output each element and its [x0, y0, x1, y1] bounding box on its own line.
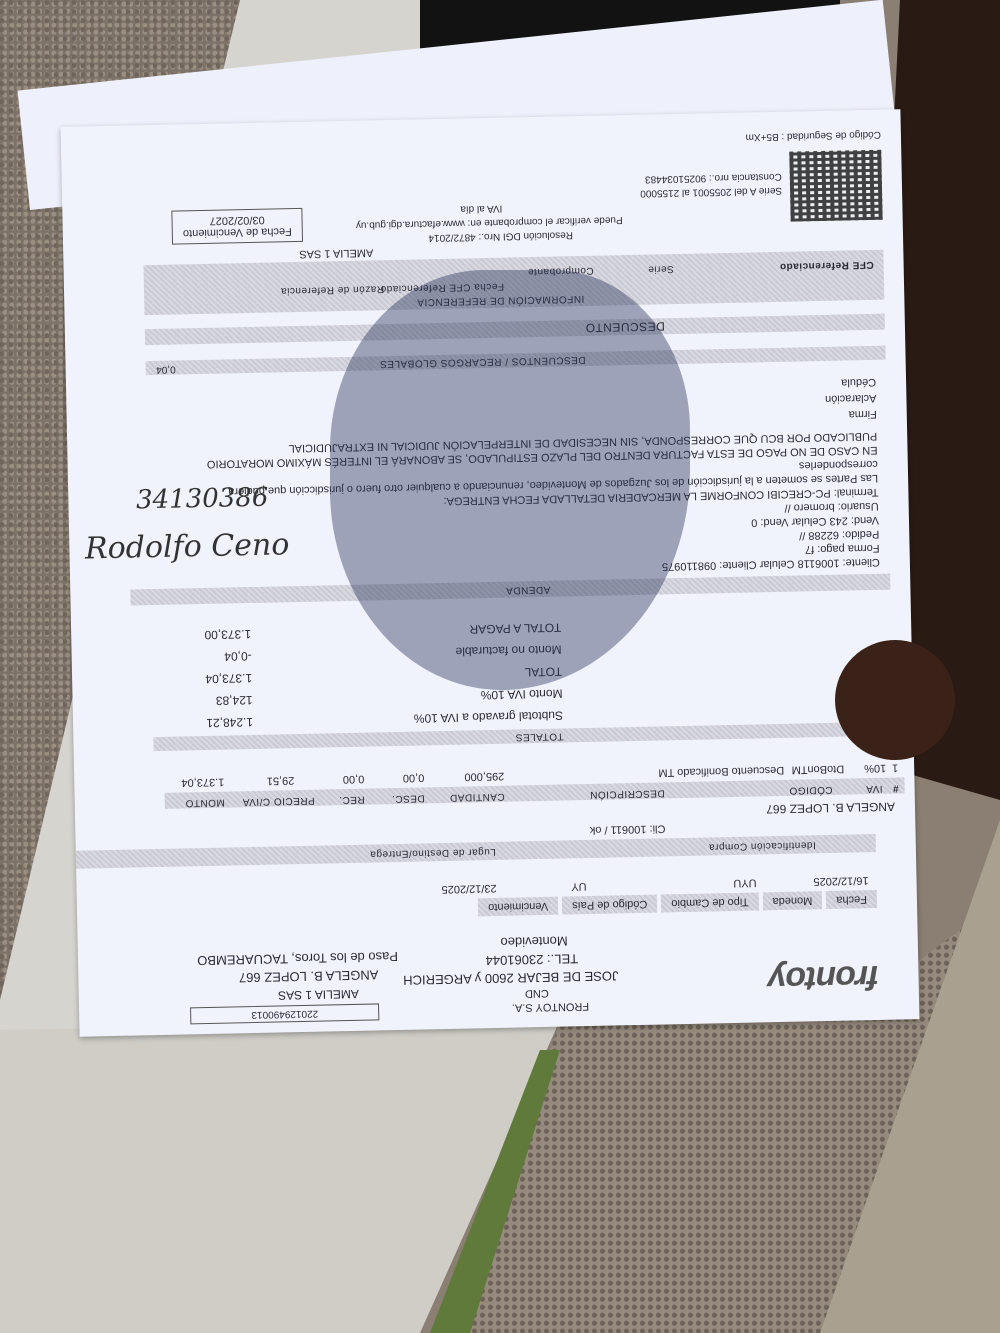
cell-codigo: DtoBonTM	[791, 763, 844, 776]
cell-iva: 10%	[864, 762, 886, 774]
issuer-name: FRONTOY S.A.	[512, 1000, 589, 1014]
ref-col-razon: Razón de Referencia	[280, 283, 384, 296]
invoice-paper: frontoy FRONTOY S.A. CND JOSE DE BEJAR 2…	[61, 109, 920, 1036]
col-precio: PRECIO C/IVA	[242, 795, 315, 808]
header-pais-value: UY	[571, 880, 587, 892]
cell-precio: 29,51	[267, 774, 295, 787]
col-iva: IVA	[866, 783, 883, 794]
receiver-rut: 220129490013	[190, 1003, 379, 1024]
receiver-city: Paso de los Toros, TACUAREMBO	[197, 949, 398, 968]
verify-text: Puede verificar el comprobante en: www.e…	[356, 214, 623, 231]
adenda-line: Forma pago: f7	[805, 542, 880, 556]
cell-descripcion: Descuento Bonificado TM	[658, 764, 784, 779]
adenda-bar: ADENDA	[130, 574, 890, 606]
col-desc: DESC.	[392, 792, 425, 804]
receiver-name: AMELIA 1 SAS	[278, 987, 359, 1003]
thumb	[835, 640, 955, 760]
ref-col-fecha: Fecha CFE Referenciado	[380, 281, 504, 295]
reference-info-bar: INFORMACIÓN DE REFERENCIA CFE Referencia…	[143, 250, 884, 315]
ref-col-comprobante: Comprobante	[527, 265, 593, 277]
qr-code	[789, 150, 882, 222]
adenda-line: corresponderles	[799, 458, 878, 472]
series-range: Serie A del 2055001 al 2155000	[640, 185, 782, 199]
header-vencimiento-value: 23/12/2025	[441, 882, 496, 895]
totals-bar: TOTALES	[153, 722, 893, 751]
reference-title: INFORMACIÓN DE REFERENCIA	[417, 293, 585, 308]
global-discount-value: 0,04	[156, 364, 176, 375]
invoice-document: frontoy FRONTOY S.A. CND JOSE DE BEJAR 2…	[61, 109, 920, 1036]
col-moneda: Moneda	[762, 891, 822, 910]
col-cantidad: CANTIDAD	[449, 791, 504, 803]
total-value: -0,04	[224, 649, 252, 664]
ref-col-cfe: CFE Referenciado	[779, 259, 873, 272]
total-label: TOTAL	[524, 665, 562, 680]
iva-status: IVA al día	[460, 203, 502, 215]
signature-label: Aclaración	[825, 392, 877, 405]
cell-rec: 0,00	[343, 773, 365, 785]
total-value: 1.373,00	[204, 627, 251, 642]
header-table-labels: FechaMonedaTipo de CambioCódigo de PaísV…	[474, 890, 877, 916]
col-codigo-pais: Código de País	[562, 895, 658, 915]
adenda-line: Pedido: 62288 //	[799, 528, 879, 542]
destination-address: ANGELA B. LOPEZ 667	[766, 800, 895, 817]
cell-cantidad: 295,000	[464, 770, 504, 783]
total-value: 1.373,04	[205, 671, 252, 686]
header-fecha-value: 16/12/2025	[813, 874, 868, 887]
cell-num: 1	[892, 761, 898, 773]
header-moneda-value: UYU	[733, 876, 756, 888]
col-descripcion: DESCRIPCIÓN	[590, 787, 665, 800]
destination-bar: Lugar de Destino/Entrega	[76, 839, 616, 868]
total-label: TOTAL A PAGAR	[469, 621, 561, 637]
handwritten-name: Rodolfo Ceno	[85, 527, 290, 566]
col-codigo: CÓDIGO	[789, 784, 833, 796]
expiry-label: Fecha de Vencimiento	[183, 225, 292, 239]
signature-label: Firma	[849, 408, 877, 421]
col-num: #	[892, 782, 898, 793]
security-code: Código de Seguridad : B5+Xm	[745, 129, 881, 143]
total-value: 1.248,21	[206, 715, 253, 730]
ref-col-serie: Serie	[648, 263, 674, 275]
col-fecha: Fecha	[826, 890, 877, 909]
expiry-box: Fecha de Vencimiento 03/02/2027	[171, 208, 303, 245]
signature-label: Cédula	[841, 376, 876, 389]
issuer-city: Montevideo	[500, 933, 568, 949]
total-label: Monto IVA 10%	[481, 687, 563, 703]
handwritten-id: 34130386	[136, 483, 269, 516]
issuer-logo: frontoy	[768, 957, 879, 998]
discount-type-bar: DESCUENTO	[145, 314, 885, 345]
col-vencimiento: Vencimiento	[478, 897, 558, 917]
total-label: Subtotal gravado a IVA 10%	[414, 709, 563, 726]
issuer-type: CND	[525, 987, 549, 999]
cell-desc: 0,00	[403, 771, 425, 783]
col-rec: REC.	[339, 794, 365, 806]
adenda-line: Cliente: 1006118 Celular Cliente: 098110…	[662, 556, 880, 573]
col-tipo-cambio: Tipo de Cambio	[661, 892, 759, 912]
reference-reason: AMELIA 1 SAS	[299, 246, 373, 260]
total-label: Monto no facturable	[455, 643, 561, 659]
receiver-address: ANGELA B. LOPEZ 667	[239, 967, 379, 985]
total-value: 124,83	[216, 693, 253, 708]
purchase-id-bar: Identificación Compra	[576, 834, 876, 858]
constancia: Constancia nro.: 90251034483	[645, 171, 782, 185]
adenda-line: Vend: 243 Celular Vend: 0	[751, 514, 879, 529]
cell-monto: 1.373,04	[181, 776, 224, 789]
adenda-line: Usuario: bromero //	[784, 500, 878, 514]
global-discounts-bar: DESCUENTOS / RECARGOS GLOBALES	[145, 346, 885, 375]
client-ref: Cli: 100611 / ok	[590, 822, 666, 836]
resolution: Resolución DGI Nro.: 4872/2014	[428, 229, 573, 243]
col-monto: MONTO	[185, 797, 225, 809]
issuer-phone: TEL.: 23061044	[485, 951, 578, 968]
